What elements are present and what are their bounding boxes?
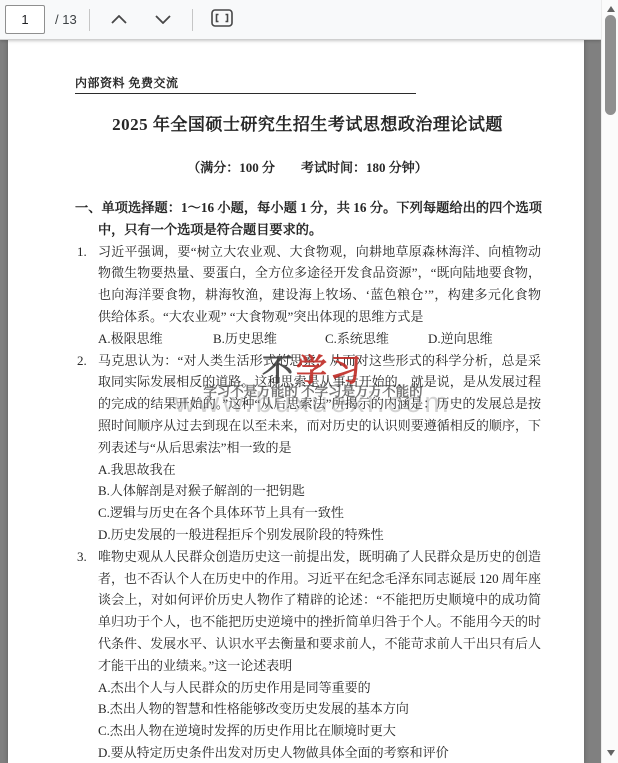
option-c: C.杰出人物在逆境时发挥的历史作用比在顺境时更大 <box>98 720 541 742</box>
scroll-down-button[interactable] <box>602 745 618 761</box>
question-stem: 马克思认为：“对人类生活形式的思索，从而对这些形式的科学分析，总是采取同实际发展… <box>98 350 541 459</box>
question-options: A.极限思维 B.历史思维 C.系统思维 D.逆向思维 <box>98 328 541 350</box>
fit-to-page-icon <box>211 9 233 30</box>
page-content: 内部资料 免费交流 2025 年全国硕士研究生招生考试思想政治理论试题 （满分：… <box>8 40 584 763</box>
section-heading: 一、单项选择题：1～16 小题，每小题 1 分，共 16 分。下列每题给出的四个… <box>75 197 542 241</box>
option-d: D.逆向思维 <box>428 328 493 350</box>
chevron-down-icon <box>155 12 171 27</box>
next-page-button[interactable] <box>146 4 180 36</box>
question-number: 1. <box>75 241 98 350</box>
header-note-underline: 内部资料 免费交流 <box>75 74 416 94</box>
previous-page-button[interactable] <box>102 4 136 36</box>
header-note: 内部资料 免费交流 <box>75 76 179 90</box>
option-b: B.历史思维 <box>213 328 325 350</box>
toolbar-divider <box>192 9 193 31</box>
exam-title: 2025 年全国硕士研究生招生考试思想政治理论试题 <box>75 110 540 135</box>
triangle-up-icon <box>607 6 615 12</box>
option-a: A.杰出个人与人民群众的历史作用是同等重要的 <box>98 677 541 699</box>
page-count-label: / 13 <box>55 12 77 27</box>
option-c: C.系统思维 <box>325 328 428 350</box>
question-1: 1. 习近平强调，要“树立大农业观、大食物观，向耕地草原森林海洋、向植物动物微生… <box>75 241 584 350</box>
toolbar-divider <box>89 9 90 31</box>
pdf-page: 内部资料 免费交流 2025 年全国硕士研究生招生考试思想政治理论试题 （满分：… <box>8 40 584 763</box>
option-d: D.要从特定历史条件出发对历史人物做具体全面的考察和评价 <box>98 742 541 763</box>
option-b: B.杰出人物的智慧和性格能够改变历史发展的基本方向 <box>98 698 541 720</box>
option-b: B.人体解剖是对猴子解剖的一把钥匙 <box>98 480 541 502</box>
scrollbar-thumb[interactable] <box>605 15 616 115</box>
page-number-input[interactable] <box>5 5 45 34</box>
question-stem: 习近平强调，要“树立大农业观、大食物观，向耕地草原森林海洋、向植物动物微生物要热… <box>98 241 541 328</box>
question-2: 2. 马克思认为：“对人类生活形式的思索，从而对这些形式的科学分析，总是采取同实… <box>75 350 584 546</box>
fit-to-page-button[interactable] <box>205 4 239 36</box>
vertical-scrollbar[interactable] <box>601 0 618 763</box>
option-d: D.历史发展的一般进程拒斥个别发展阶段的特殊性 <box>98 524 541 546</box>
triangle-down-icon <box>607 750 615 756</box>
chevron-up-icon <box>111 12 127 27</box>
option-c: C.逻辑与历史在各个具体环节上具有一致性 <box>98 502 541 524</box>
pdf-toolbar: / 13 <box>0 0 601 40</box>
question-number: 3. <box>75 546 98 763</box>
option-a: A.极限思维 <box>98 328 213 350</box>
option-a: A.我思故我在 <box>98 459 541 481</box>
question-stem: 唯物史观从人民群众创造历史这一前提出发，既明确了人民群众是历史的创造者，也不否认… <box>98 546 541 677</box>
question-number: 2. <box>75 350 98 546</box>
exam-meta: （满分：100 分 考试时间：180 分钟） <box>75 157 540 176</box>
question-3: 3. 唯物史观从人民群众创造历史这一前提出发，既明确了人民群众是历史的创造者，也… <box>75 546 584 763</box>
